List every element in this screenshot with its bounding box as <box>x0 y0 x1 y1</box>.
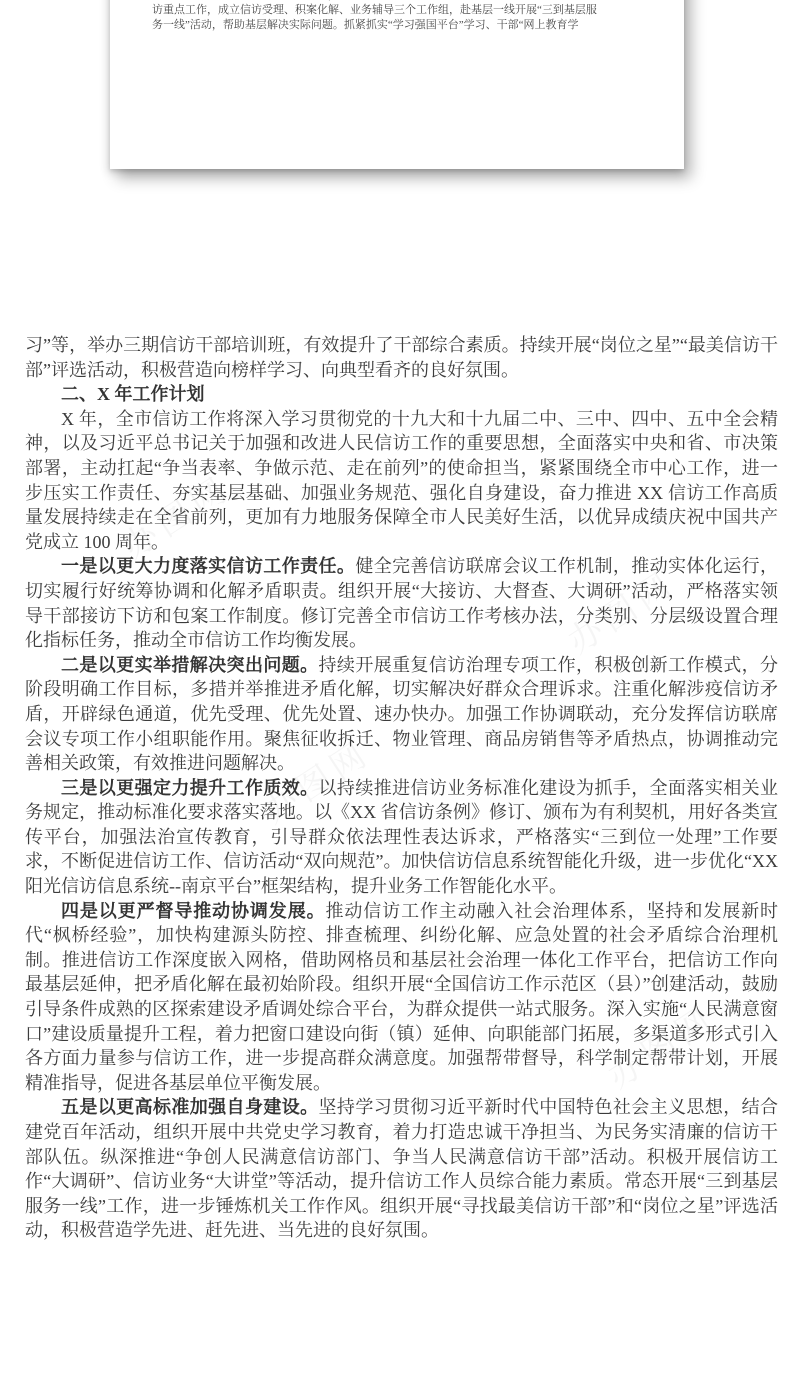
section-heading: 二、X 年工作计划 <box>25 382 778 407</box>
paper-preview-page: 深入开展矛盾纠纷排查化解专项行动，扎实推进信访重点工作，成立信访受理、积案化解、… <box>110 0 684 169</box>
document-body: 习”等，举办三期信访干部培训班，有效提升了干部综合素质。持续开展“岗位之星”“最… <box>25 333 778 1243</box>
paragraph-lead: 四是以更严督导推动协调发展。 <box>61 901 326 921</box>
paragraph: 习”等，举办三期信访干部培训班，有效提升了干部综合素质。持续开展“岗位之星”“最… <box>25 333 778 382</box>
paragraph: 四是以更严督导推动协调发展。推动信访工作主动融入社会治理体系，坚持和发展新时代“… <box>25 899 778 1096</box>
paragraph: 二是以更实举措解决突出问题。持续开展重复信访治理专项工作，积极创新工作模式，分阶… <box>25 653 778 776</box>
paper-text-line: 访重点工作，成立信访受理、积案化解、业务辅导三个工作组，赴基层一线开展“三到基层… <box>152 3 646 18</box>
paragraph: 一是以更大力度落实信访工作责任。健全完善信访联席会议工作机制，推动实体化运行，切… <box>25 554 778 652</box>
paragraph-lead: 二是以更实举措解决突出问题。 <box>61 655 319 675</box>
paper-text-lines: 深入开展矛盾纠纷排查化解专项行动，扎实推进信访重点工作，成立信访受理、积案化解、… <box>152 0 646 33</box>
paragraph: 五是以更高标准加强自身建设。坚持学习贯彻习近平新时代中国特色社会主义思想，结合建… <box>25 1095 778 1243</box>
paragraph-lead: 一是以更大力度落实信访工作责任。 <box>61 556 355 576</box>
page: { "page": { "background": "#ffffff", "te… <box>0 0 800 1392</box>
paragraph-lead: 三是以更强定力提升工作质效。 <box>61 778 319 798</box>
paper-text-line: 务一线”活动，帮助基层解决实际问题。抓紧抓实“学习强国平台”学习、干部“网上教育… <box>152 18 646 33</box>
paragraph: 三是以更强定力提升工作质效。以持续推进信访业务标准化建设为抓手，全面落实相关业务… <box>25 776 778 899</box>
paragraph: X 年，全市信访工作将深入学习贯彻党的十九大和十九届二中、三中、四中、五中全会精… <box>25 407 778 555</box>
paragraph-lead: 五是以更高标准加强自身建设。 <box>61 1097 319 1117</box>
